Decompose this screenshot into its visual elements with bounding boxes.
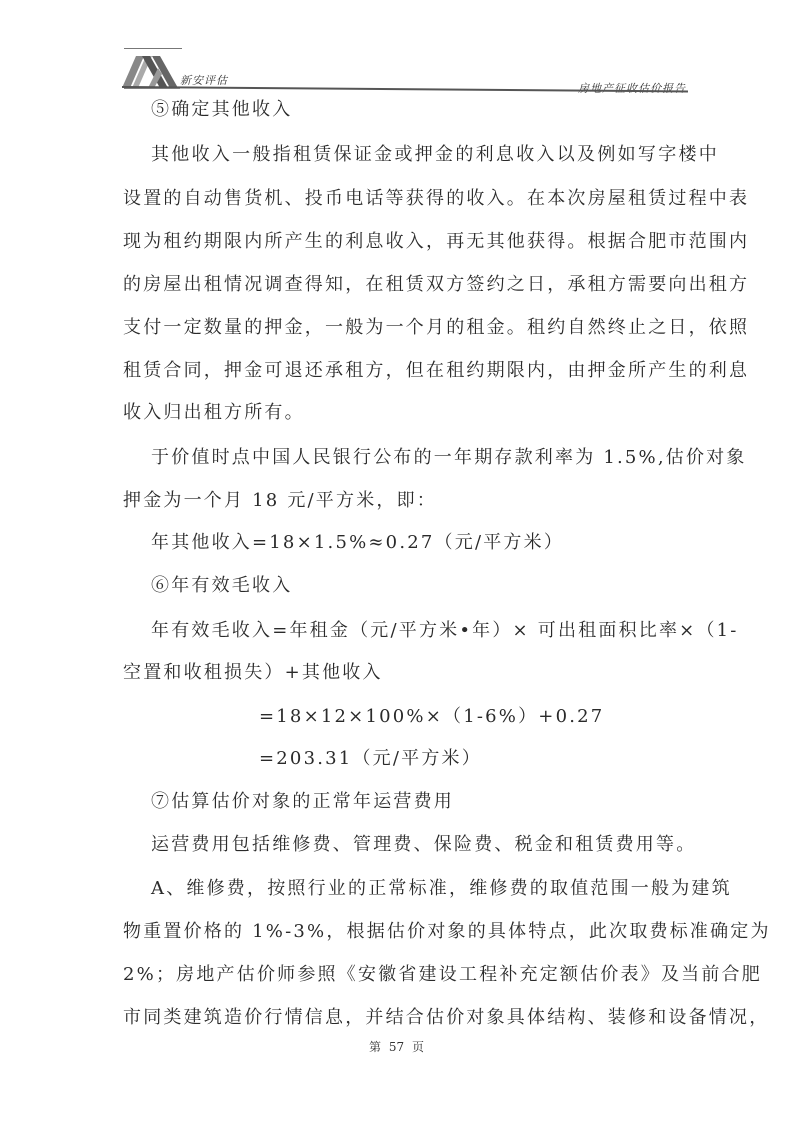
formula-other-income: 年其他收入=18×1.5%≈0.27（元/平方米）: [123, 531, 719, 555]
paragraph-line: 押金为一个月 18 元/平方米，即：: [123, 489, 691, 513]
formula-effective-gross-income-cont: 空置和收租损失）+其他收入: [123, 661, 691, 685]
paragraph-line: 的房屋出租情况调查得知，在租赁双方签约之日，承租方需要向出租方: [123, 273, 691, 297]
paragraph-line: 支付一定数量的押金，一般为一个月的租金。租约自然终止之日，依照: [123, 316, 691, 340]
paragraph-line: 设置的自动售货机、投币电话等获得的收入。在本次房屋租赁过程中表: [123, 187, 691, 211]
formula-effective-gross-income: 年有效毛收入=年租金（元/平方米•年）× 可出租面积比率×（1-: [123, 619, 719, 643]
page-number: 第 57 页: [0, 1038, 793, 1055]
paragraph-line: 租赁合同，押金可退还承租方，但在租约期限内，由押金所产生的利息: [123, 359, 691, 383]
paragraph-line: 物重置价格的 1%-3%，根据估价对象的具体特点，此次取费标准确定为: [123, 920, 691, 944]
paragraph-line: 于价值时点中国人民银行公布的一年期存款利率为 1.5%,估价对象: [123, 446, 719, 470]
company-logo-icon: [122, 46, 182, 90]
paragraph-line: 其他收入一般指租赁保证金或押金的利息收入以及例如写字楼中: [123, 143, 719, 167]
paragraph-line: 现为租约期限内所产生的利息收入，再无其他获得。根据合肥市范围内: [123, 230, 691, 254]
paragraph-line: 市同类建筑造价行情信息，并结合估价对象具体结构、装修和设备情况，: [123, 1006, 691, 1030]
paragraph-line: A、维修费，按照行业的正常标准，维修费的取值范围一般为建筑: [123, 877, 719, 901]
formula-calculation: =18×12×100%×（1-6%）+0.27: [123, 705, 793, 729]
paragraph-line: 运营费用包括维修费、管理费、保险费、税金和租赁费用等。: [123, 833, 719, 857]
section-heading-operating-expenses: ⑦估算估价对象的正常年运营费用: [123, 790, 719, 814]
section-heading-other-income: ⑤确定其他收入: [123, 98, 719, 122]
paragraph-line: 收入归出租方所有。: [123, 401, 691, 425]
section-heading-effective-gross-income: ⑥年有效毛收入: [123, 574, 719, 598]
formula-result: =203.31（元/平方米）: [123, 747, 793, 771]
logo-top-rule: [124, 48, 182, 49]
paragraph-line: 2%；房地产估价师参照《安徽省建设工程补充定额估价表》及当前合肥: [123, 963, 691, 987]
report-title: 房地产征收估价报告: [578, 80, 686, 96]
page-header: 新安评估 房地产征收估价报告: [122, 40, 690, 102]
